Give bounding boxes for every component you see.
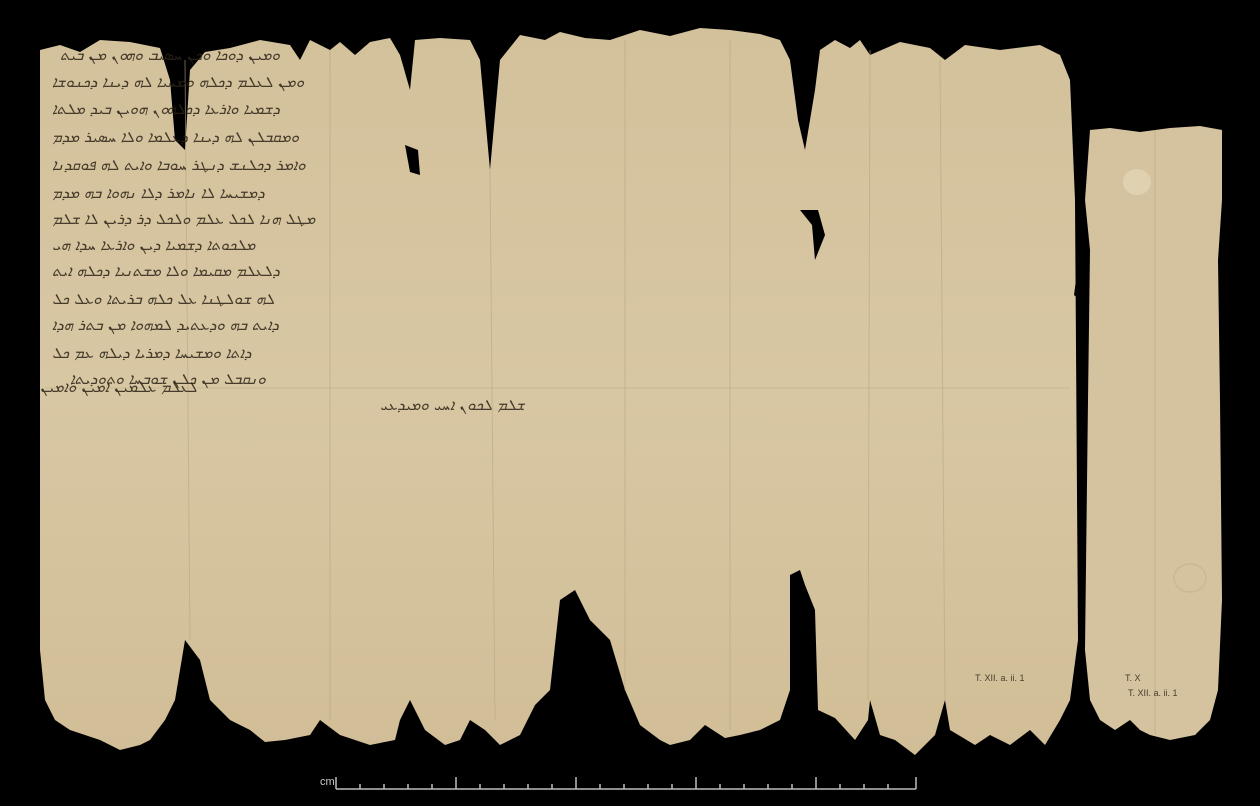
text-line: ܘܡܝܢ ܕܘܟܐ ܘܟܢ ܚܣܝܒ ܘܗܘܢ ܡܢ ܒܝܬ [60, 46, 1060, 68]
text-line: ܫܠܡ ܠܟܘܢ ܐܚܝ ܘܡܝܕܥܝ [380, 396, 950, 418]
text-line: ܡܛܠ ܗܢܐ ܠܟܠ ܥܠܡ ܘܠܟܠ ܕܪ ܕܪܝܢ ܠܐ ܫܠܡ [52, 210, 1072, 232]
text-line: ܘܡܢ ܠܥܠܡ ܕܟܠܗ ܘܡܚܝܐ ܠܗ ܕܝܢܐ ܕܟܢܘܫܐ [52, 73, 1072, 95]
catalog-label: T. XII. a. ii. 1 [1128, 688, 1178, 698]
text-line: ܘܡܩܒܠܢ ܠܗ ܕܝܢܐ ܕܥܠܡܐ ܘܠܐ ܚܣܝܪ ܡܕܡ [52, 128, 1072, 150]
catalog-label: T. XII. a. ii. 1 [975, 673, 1025, 683]
text-line: ܕܐܝܬ ܒܗ ܘܕܥܬܝܕ ܠܡܗܘܐ ܡܢ ܒܬܪ ܗܕܐ [52, 316, 1072, 338]
text-line: ܕܫܡܝܐ ܘܐܪܥܐ ܕܟܠܗܘܢ ܗܘܝܢ ܒܝܕ ܡܠܬܐ [52, 100, 1072, 122]
text-line: ܕܐܬܐ ܘܡܫܝܚܐ ܕܡܪܝܐ ܕܝܠܗ ܥܡ ܟܠ [52, 344, 1072, 366]
photo-stage: ܘܡܝܢ ܕܘܟܐ ܘܟܢ ܚܣܝܒ ܘܗܘܢ ܡܢ ܒܝܬ ܘܡܢ ܠܥܠܡ … [0, 0, 1260, 806]
scale-bar: cm [320, 772, 920, 792]
text-line: ܕܡܫܝܚܐ ܠܐ ܢܐܡܪ ܕܠܐ ܢܗܘܐ ܒܗ ܡܕܡ [52, 184, 1072, 206]
manuscript-text: ܘܡܝܢ ܕܘܟܐ ܘܟܢ ܚܣܝܒ ܘܗܘܢ ܡܢ ܒܝܬ ܘܡܢ ܠܥܠܡ … [0, 0, 1260, 806]
text-line: ܡܠܟܘܬܐ ܕܫܡܝܐ ܕܝܢ ܘܐܪܥܐ ܚܕܐ ܗܝ [52, 236, 1072, 258]
catalog-label: T. X [1125, 673, 1141, 683]
scale-ruler [320, 772, 920, 792]
text-line: ܕܠܥܠܡ ܡܩܝܡܐ ܘܠܐ ܡܫܬܢܝܐ ܕܟܠܗ ܐܝܬ [52, 262, 1072, 284]
text-line: ܘܐܡܪ ܕܟܠܢܫ ܕܢܛܪ ܚܘܒܐ ܘܐܝܬ ܠܗ ܦܘܩܕܢܐ [52, 156, 1072, 178]
text-line: ܠܗ ܫܘܠܛܢܐ ܥܠ ܟܠܗ ܒܪܝܬܐ ܘܥܠ ܟܠ [52, 290, 1072, 312]
